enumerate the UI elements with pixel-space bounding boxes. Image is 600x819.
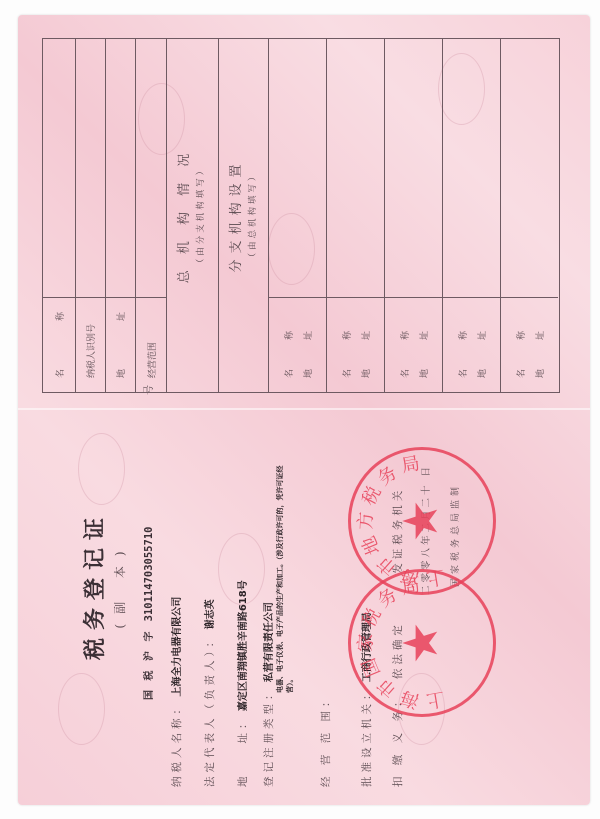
certificate-subtitle: (副 本)	[111, 475, 128, 695]
row-label: 纳税人识别号	[76, 297, 105, 392]
tax-registration-certificate: 税务登记证 (副 本) 国 税 沪 字 310114703055710 号 纳税…	[18, 15, 590, 805]
head-office-row: 纳税人识别号	[75, 39, 105, 392]
head-office-title-row: 总 机 构 情 况 （由分支机构填写）	[166, 39, 218, 392]
taxpayer-name-field: 纳税人名称： 上海全力电器有限公司	[168, 597, 184, 787]
branch-row: 名 称地 址	[268, 39, 326, 392]
field-label: 登记注册类型：	[261, 686, 276, 788]
field-label: 纳税人名称：	[169, 700, 184, 787]
branch-row: 名 称地 址	[326, 39, 384, 392]
business-scope-field: 经 营 范 围：	[318, 692, 333, 787]
taxpayer-name: 上海全力电器有限公司	[172, 597, 183, 697]
branch-row: 名 称地 址	[442, 39, 500, 392]
row-label: 名 称地 址	[385, 297, 442, 392]
row-label: 名 称地 址	[269, 297, 326, 392]
address: 嘉定区南翔镇胜辛南路618号	[238, 580, 249, 711]
branch-row: 名 称地 址	[500, 39, 558, 392]
business-scope-text: 电器、电子仪表、电子产品的生产和加工。（涉及行政许可的，凭许可证经营）。	[275, 453, 295, 693]
tax-number-line: 国 税 沪 字 310114703055710 号	[140, 370, 155, 700]
row-label: 名 称地 址	[501, 297, 558, 392]
seal-local-tax-bureau: 上海市地方税务局 ★	[348, 447, 496, 595]
row-label: 名 称地 址	[443, 297, 500, 392]
page-fold	[18, 408, 590, 410]
legal-representative: 谢志英	[205, 599, 216, 629]
head-office-row: 地 址	[105, 39, 135, 392]
branch-title: 分支机构设置 （由总机构填写）	[225, 39, 258, 392]
head-office-title: 总 机 构 情 况 （由分支机构填写）	[173, 39, 206, 392]
field-label: 地 址：	[235, 715, 250, 788]
branch-title-row: 分支机构设置 （由总机构填写）	[218, 39, 268, 392]
branch-row: 名 称地 址	[384, 39, 442, 392]
tax-number: 310114703055710	[143, 527, 155, 622]
certificate-title: 税务登记证	[78, 475, 109, 695]
row-label: 经营范围	[136, 297, 166, 392]
head-office-row: 经营范围	[135, 39, 166, 392]
row-label: 名 称地 址	[327, 297, 384, 392]
address-field: 地 址： 嘉定区南翔镇胜辛南路618号	[234, 580, 250, 787]
seal-star-icon: ★	[397, 621, 445, 664]
registration-type-field: 登记注册类型： 私营有限责任公司	[260, 602, 276, 787]
head-office-row: 名 称	[43, 39, 75, 392]
certificate-sheet: 税务登记证 (副 本) 国 税 沪 字 310114703055710 号 纳税…	[0, 0, 600, 819]
row-label: 名 称	[43, 297, 75, 392]
seal-star-icon: ★	[397, 499, 445, 542]
field-label: 法定代表人（负责人）：	[202, 633, 217, 787]
row-label: 地 址	[106, 297, 135, 392]
organization-table: 名 称 纳税人识别号 地 址 经营范围 总 机 构 情 况 （由分支机构填写）	[42, 38, 560, 393]
legal-representative-field: 法定代表人（负责人）： 谢志英	[201, 599, 217, 787]
registration-type: 私营有限责任公司	[264, 602, 275, 682]
tax-number-prefix: 国 税 沪 字	[144, 629, 155, 700]
field-label: 经 营 范 围：	[318, 692, 333, 787]
